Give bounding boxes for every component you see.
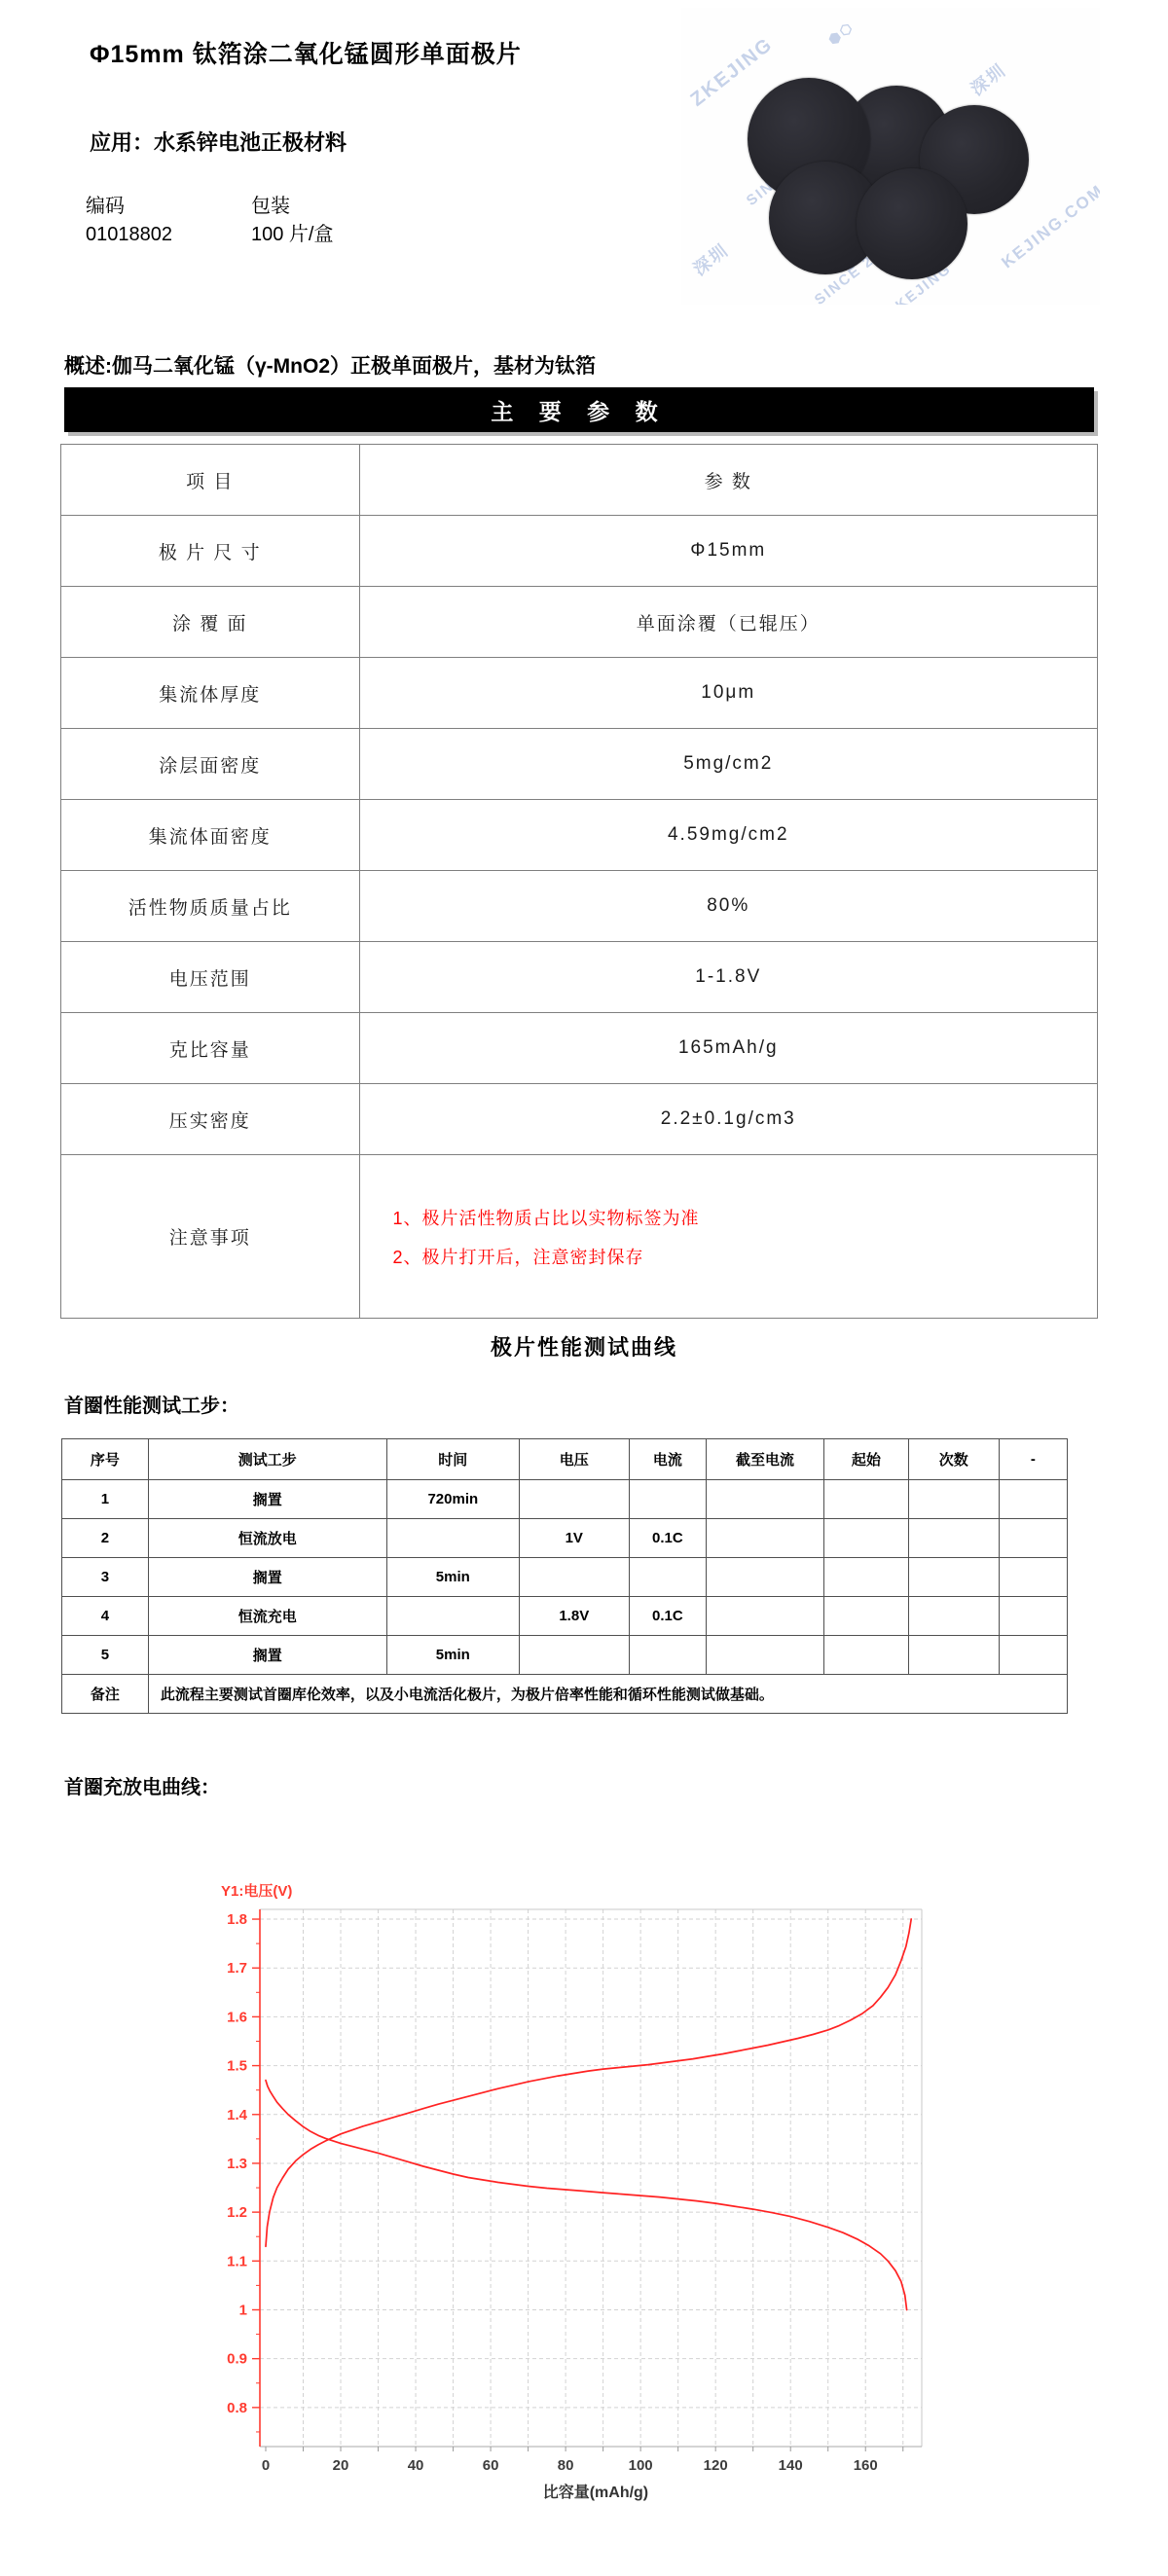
y-tick-label: 1.1 xyxy=(227,2253,247,2269)
steps-cell xyxy=(629,1480,707,1519)
table-row: 注意事项1、极片活性物质占比以实物标签为准2、极片打开后，注意密封保存 xyxy=(61,1155,1098,1319)
steps-cell xyxy=(999,1480,1067,1519)
product-photo: ZKEJINGSINCE 2001⬢⬡深圳KEJING.COMSINCE 200… xyxy=(681,8,1100,305)
x-tick-label: 100 xyxy=(629,2457,653,2474)
steps-header-cell: 电流 xyxy=(629,1439,707,1480)
param-name-cell: 涂 覆 面 xyxy=(61,587,360,658)
steps-cell xyxy=(999,1519,1067,1558)
y-tick-label: 1.4 xyxy=(227,2107,248,2123)
remark-label-cell: 备注 xyxy=(62,1675,149,1714)
y-tick-label: 1.3 xyxy=(227,2156,247,2172)
datasheet-page: Φ15mm 钛箔涂二氧化锰圆形单面极片 ZKEJINGSINCE 2001⬢⬡深… xyxy=(0,0,1168,2576)
table-row: 2恒流放电1V0.1C xyxy=(62,1519,1068,1558)
test-steps-label: 首圈性能测试工步： xyxy=(64,1390,239,1418)
param-name-cell: 压实密度 xyxy=(61,1084,360,1155)
steps-cell xyxy=(519,1558,629,1597)
steps-cell: 1 xyxy=(62,1480,149,1519)
performance-curve-heading: 极片性能测试曲线 xyxy=(0,1331,1168,1361)
table-row: 集流体厚度10μm xyxy=(61,658,1098,729)
table-row: 涂层面密度5mg/cm2 xyxy=(61,729,1098,800)
application-line: 应用：水系锌电池正极材料 xyxy=(90,127,347,157)
remark-text-cell: 此流程主要测试首圈库伦效率，以及小电流活化极片，为极片倍率性能和循环性能测试做基… xyxy=(148,1675,1067,1714)
remark-row: 备注此流程主要测试首圈库伦效率，以及小电流活化极片，为极片倍率性能和循环性能测试… xyxy=(62,1675,1068,1714)
steps-cell xyxy=(707,1558,824,1597)
steps-header-row: 序号测试工步时间电压电流截至电流起始次数- xyxy=(62,1439,1068,1480)
param-value-cell: 2.2±0.1g/cm3 xyxy=(359,1084,1097,1155)
steps-cell xyxy=(707,1636,824,1675)
steps-cell: 0.1C xyxy=(629,1519,707,1558)
package-label: 包装 xyxy=(251,193,333,221)
y-tick-label: 1.2 xyxy=(227,2204,247,2221)
page-title: Φ15mm 钛箔涂二氧化锰圆形单面极片 xyxy=(90,35,522,70)
steps-cell: 1.8V xyxy=(519,1597,629,1636)
steps-cell xyxy=(823,1636,908,1675)
steps-cell: 搁置 xyxy=(148,1636,386,1675)
table-row: 电压范围1-1.8V xyxy=(61,942,1098,1013)
table-row: 克比容量165mAh/g xyxy=(61,1013,1098,1084)
steps-cell xyxy=(823,1480,908,1519)
steps-cell xyxy=(629,1636,707,1675)
y-tick-label: 1.7 xyxy=(227,1960,247,1977)
charge-discharge-chart: 0.80.911.11.21.31.41.51.61.71.8020406080… xyxy=(192,1880,1039,2522)
param-value-cell: 10μm xyxy=(359,658,1097,729)
x-tick-label: 0 xyxy=(262,2457,270,2474)
x-tick-label: 140 xyxy=(779,2457,803,2474)
x-tick-label: 40 xyxy=(408,2457,424,2474)
steps-cell: 5min xyxy=(386,1558,519,1597)
param-name-cell: 集流体厚度 xyxy=(61,658,360,729)
param-name-cell: 活性物质质量占比 xyxy=(61,871,360,942)
x-axis-title: 比容量(mAh/g) xyxy=(543,2483,648,2501)
chart-title: Y1:电压(V) xyxy=(221,1882,292,1900)
x-axis: 020406080100120140160比容量(mAh/g) xyxy=(262,2447,903,2501)
steps-header-cell: 序号 xyxy=(62,1439,149,1480)
package-block: 包装 100 片/盒 xyxy=(251,193,333,249)
steps-cell xyxy=(823,1519,908,1558)
steps-header-cell: 次数 xyxy=(908,1439,999,1480)
table-row: 压实密度2.2±0.1g/cm3 xyxy=(61,1084,1098,1155)
y-tick-label: 0.9 xyxy=(227,2351,247,2368)
table-row: 3搁置5min xyxy=(62,1558,1068,1597)
discharge-curve xyxy=(266,2081,907,2310)
x-tick-label: 160 xyxy=(854,2457,878,2474)
y-tick-label: 1.5 xyxy=(227,2058,247,2075)
table-row: 5搁置5min xyxy=(62,1636,1068,1675)
param-name-cell: 集流体面密度 xyxy=(61,800,360,871)
parameter-table: 项 目参 数极 片 尺 寸Φ15mm涂 覆 面单面涂覆（已辊压）集流体厚度10μ… xyxy=(60,444,1098,1319)
steps-header-cell: 起始 xyxy=(823,1439,908,1480)
steps-header-cell: 电压 xyxy=(519,1439,629,1480)
x-tick-label: 20 xyxy=(333,2457,349,2474)
table-row: 活性物质质量占比80% xyxy=(61,871,1098,942)
plot-border xyxy=(260,1909,922,2447)
table-row: 集流体面密度4.59mg/cm2 xyxy=(61,800,1098,871)
steps-cell xyxy=(908,1480,999,1519)
code-value: 01018802 xyxy=(86,221,172,249)
steps-cell: 5 xyxy=(62,1636,149,1675)
chart-svg: 0.80.911.11.21.31.41.51.61.71.8020406080… xyxy=(192,1880,1039,2518)
param-value-cell: 4.59mg/cm2 xyxy=(359,800,1097,871)
steps-cell xyxy=(999,1636,1067,1675)
watermark-text: 深圳 xyxy=(965,56,1011,100)
table-row: 项 目参 数 xyxy=(61,445,1098,516)
table-row: 1搁置720min xyxy=(62,1480,1068,1519)
steps-cell xyxy=(908,1597,999,1636)
steps-cell: 5min xyxy=(386,1636,519,1675)
steps-cell: 0.1C xyxy=(629,1597,707,1636)
param-value-cell: 1、极片活性物质占比以实物标签为准2、极片打开后，注意密封保存 xyxy=(359,1155,1097,1319)
steps-cell: 搁置 xyxy=(148,1558,386,1597)
steps-cell xyxy=(519,1480,629,1519)
steps-cell: 3 xyxy=(62,1558,149,1597)
steps-cell: 4 xyxy=(62,1597,149,1636)
table-row: 涂 覆 面单面涂覆（已辊压） xyxy=(61,587,1098,658)
table-row: 极 片 尺 寸Φ15mm xyxy=(61,516,1098,587)
charge-discharge-label: 首圈充放电曲线： xyxy=(64,1771,220,1799)
y-axis: 0.80.911.11.21.31.41.51.61.71.8 xyxy=(227,1909,260,2447)
param-value-cell: 单面涂覆（已辊压） xyxy=(359,587,1097,658)
steps-cell xyxy=(386,1519,519,1558)
steps-cell: 2 xyxy=(62,1519,149,1558)
main-params-banner: 主 要 参 数 xyxy=(64,387,1094,432)
overview-line: 概述:伽马二氧化锰（γ-MnO2）正极单面极片，基材为钛箔 xyxy=(64,350,596,380)
steps-cell xyxy=(823,1558,908,1597)
steps-header-cell: 测试工步 xyxy=(148,1439,386,1480)
y-tick-label: 1.6 xyxy=(227,2009,247,2025)
param-name-cell: 项 目 xyxy=(61,445,360,516)
electrode-disc xyxy=(857,168,967,279)
param-value-cell: 165mAh/g xyxy=(359,1013,1097,1084)
param-name-cell: 涂层面密度 xyxy=(61,729,360,800)
x-tick-label: 60 xyxy=(483,2457,499,2474)
steps-header-cell: 时间 xyxy=(386,1439,519,1480)
steps-header-cell: 截至电流 xyxy=(707,1439,824,1480)
steps-cell xyxy=(908,1636,999,1675)
caution-note: 1、极片活性物质占比以实物标签为准 xyxy=(393,1205,1096,1230)
y-tick-label: 0.8 xyxy=(227,2400,247,2416)
steps-cell xyxy=(908,1519,999,1558)
code-label: 编码 xyxy=(86,193,172,221)
steps-header-cell: - xyxy=(999,1439,1067,1480)
x-tick-label: 80 xyxy=(558,2457,574,2474)
param-value-cell: Φ15mm xyxy=(359,516,1097,587)
steps-cell xyxy=(707,1480,824,1519)
steps-cell xyxy=(629,1558,707,1597)
code-block: 编码 01018802 xyxy=(86,193,172,249)
steps-cell: 720min xyxy=(386,1480,519,1519)
param-name-cell: 注意事项 xyxy=(61,1155,360,1319)
y-tick-label: 1 xyxy=(239,2302,247,2318)
param-name-cell: 电压范围 xyxy=(61,942,360,1013)
steps-cell xyxy=(999,1597,1067,1636)
steps-cell xyxy=(999,1558,1067,1597)
steps-cell: 恒流充电 xyxy=(148,1597,386,1636)
watermark-text: ⬢⬡ xyxy=(825,18,858,49)
steps-cell: 搁置 xyxy=(148,1480,386,1519)
gridlines xyxy=(260,1909,922,2447)
steps-cell xyxy=(707,1597,824,1636)
steps-cell: 恒流放电 xyxy=(148,1519,386,1558)
steps-cell xyxy=(823,1597,908,1636)
test-steps-table: 序号测试工步时间电压电流截至电流起始次数-1搁置720min2恒流放电1V0.1… xyxy=(61,1438,1068,1714)
param-name-cell: 极 片 尺 寸 xyxy=(61,516,360,587)
steps-cell xyxy=(386,1597,519,1636)
caution-note: 2、极片打开后，注意密封保存 xyxy=(393,1244,1096,1269)
param-value-cell: 1-1.8V xyxy=(359,942,1097,1013)
package-value: 100 片/盒 xyxy=(251,221,333,249)
steps-cell xyxy=(519,1636,629,1675)
watermark-text: 深圳 xyxy=(687,236,734,280)
steps-cell xyxy=(707,1519,824,1558)
main-params-banner-text: 主 要 参 数 xyxy=(491,394,667,426)
param-value-cell: 5mg/cm2 xyxy=(359,729,1097,800)
table-row: 4恒流充电1.8V0.1C xyxy=(62,1597,1068,1636)
x-tick-label: 120 xyxy=(704,2457,728,2474)
param-name-cell: 克比容量 xyxy=(61,1013,360,1084)
steps-cell: 1V xyxy=(519,1519,629,1558)
param-value-cell: 80% xyxy=(359,871,1097,942)
y-tick-label: 1.8 xyxy=(227,1911,247,1928)
param-value-cell: 参 数 xyxy=(359,445,1097,516)
steps-cell xyxy=(908,1558,999,1597)
